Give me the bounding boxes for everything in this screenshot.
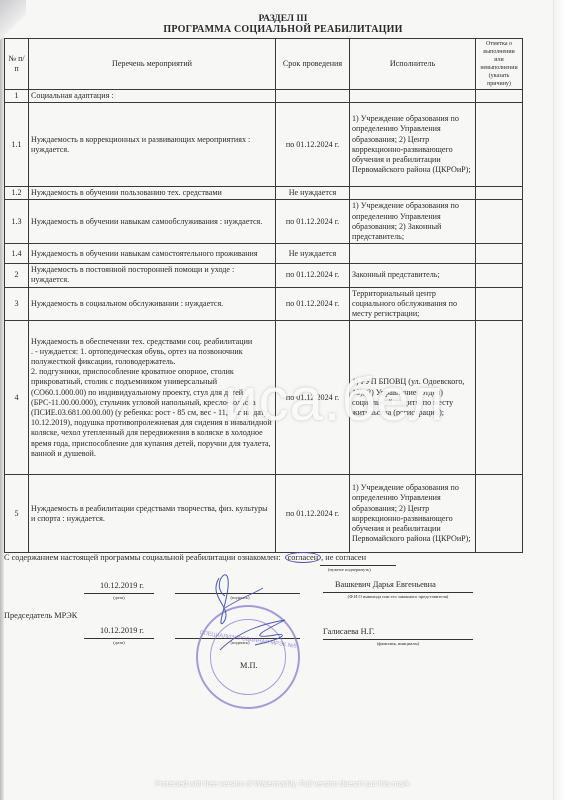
row-number: 1.1	[5, 103, 29, 187]
row-executor	[350, 90, 476, 103]
patient-date-line	[84, 593, 154, 594]
table-row: 2Нуждаемость в постоянной посторонней по…	[5, 264, 523, 287]
header-list: Перечень мероприятий	[29, 39, 276, 90]
table-row: 1.2Нуждаемость в обучении пользованию те…	[5, 187, 523, 200]
chair-signature-icon	[215, 615, 295, 655]
row-term: по 01.12.2024 г.	[276, 287, 350, 321]
row-mark	[476, 244, 523, 264]
row-term: по 01.12.2024 г.	[276, 200, 350, 244]
row-activity: Нуждаемость в обеспечении тех. средствам…	[29, 321, 276, 475]
consent-statement: С содержанием настоящей программы социал…	[4, 552, 366, 563]
row-mark	[476, 264, 523, 287]
row-number: 4	[5, 321, 29, 475]
table-header-row: № п/п Перечень мероприятий Срок проведен…	[5, 39, 523, 90]
row-activity: Нуждаемость в обучении навыкам самообслу…	[29, 200, 276, 244]
table-row: 1.4Нуждаемость в обучении навыкам самост…	[5, 244, 523, 264]
row-mark	[476, 200, 523, 244]
row-term: Не нуждается	[276, 244, 350, 264]
row-mark	[476, 90, 523, 103]
row-activity: Нуждаемость в коррекционных и развивающи…	[29, 103, 276, 187]
row-executor: 1) Учреждение образования по определению…	[350, 103, 476, 187]
chair-role: Председатель МРЭК	[4, 611, 77, 620]
consent-text: С содержанием настоящей программы социал…	[4, 553, 281, 562]
patient-date-caption: (дата)	[84, 595, 154, 600]
row-activity: Нуждаемость в обучении пользованию тех. …	[29, 187, 276, 200]
page-right-edge	[553, 0, 566, 800]
consent-hint: (нужное подчеркнуть)	[328, 567, 371, 572]
patient-name: Вашкевич Дарья Евгеньевна	[335, 580, 436, 589]
patient-name-caption: (Ф.И.О инвалида или его законного предст…	[323, 594, 473, 599]
row-term: Не нуждается	[276, 187, 350, 200]
header-term: Срок проведения	[276, 39, 350, 90]
chair-name-line	[323, 639, 473, 640]
row-executor	[350, 244, 476, 264]
row-activity: Нуждаемость в постоянной посторонней пом…	[29, 264, 276, 287]
row-number: 1	[5, 90, 29, 103]
row-executor: Территориальный центр социального обслуж…	[350, 287, 476, 321]
row-activity: Нуждаемость в социальном обслуживании : …	[29, 287, 276, 321]
row-number: 1.3	[5, 200, 29, 244]
row-term: по 01.12.2024 г.	[276, 103, 350, 187]
consent-underline	[320, 565, 396, 566]
row-mark	[476, 287, 523, 321]
watermarkly-notice: Protected with free version of Watermark…	[0, 779, 566, 788]
chair-date-caption: (дата)	[84, 640, 154, 645]
table-row: 5Нуждаемость в реабилитации средствами т…	[5, 475, 523, 553]
table-row: 1.3Нуждаемость в обучении навыкам самооб…	[5, 200, 523, 244]
rehabilitation-table: № п/п Перечень мероприятий Срок проведен…	[4, 38, 523, 553]
patient-name-line	[323, 592, 473, 593]
row-mark	[476, 187, 523, 200]
row-mark	[476, 321, 523, 475]
header-num: № п/п	[5, 39, 29, 90]
row-executor	[350, 187, 476, 200]
row-activity: Нуждаемость в обучении навыкам самостоят…	[29, 244, 276, 264]
row-mark	[476, 475, 523, 553]
table-row: 3Нуждаемость в социальном обслуживании :…	[5, 287, 523, 321]
row-mark	[476, 103, 523, 187]
chair-date-line	[84, 638, 154, 639]
row-executor: 1) Учреждение образования по определению…	[350, 200, 476, 244]
table-row: 1Социальная адаптация :	[5, 90, 523, 103]
header-executor: Исполнитель	[350, 39, 476, 90]
chair-name-caption: (фамилия, инициалы)	[323, 641, 473, 646]
row-executor: Законный представитель;	[350, 264, 476, 287]
consent-disagree-option: не согласен	[325, 553, 366, 562]
consent-agree-option: согласен	[285, 552, 322, 563]
row-term: по 01.12.2024 г.	[276, 475, 350, 553]
row-number: 3	[5, 287, 29, 321]
row-activity: Социальная адаптация :	[29, 90, 276, 103]
row-executor: 1) Учреждение образования по определению…	[350, 475, 476, 553]
table-row: 4Нуждаемость в обеспечении тех. средства…	[5, 321, 523, 475]
patient-date: 10.12.2019 г.	[100, 581, 144, 590]
row-term	[276, 90, 350, 103]
row-number: 1.2	[5, 187, 29, 200]
chair-name: Галисаева Н.Г.	[323, 627, 375, 636]
table-body: 1Социальная адаптация :1.1Нуждаемость в …	[5, 90, 523, 553]
program-title: ПРОГРАММА СОЦИАЛЬНОЙ РЕАБИЛИТАЦИИ	[0, 25, 566, 35]
row-number: 2	[5, 264, 29, 287]
section-title: РАЗДЕЛ III	[0, 14, 566, 24]
chair-date: 10.12.2019 г.	[100, 626, 144, 635]
row-number: 5	[5, 475, 29, 553]
row-number: 1.4	[5, 244, 29, 264]
table-row: 1.1Нуждаемость в коррекционных и развива…	[5, 103, 523, 187]
row-term: по 01.12.2024 г.	[276, 264, 350, 287]
row-activity: Нуждаемость в реабилитации средствами тв…	[29, 475, 276, 553]
row-executor: 1) РУП БПОВЦ (ул. Одоевского, 10); 2) Уп…	[350, 321, 476, 475]
seal-label: М.П.	[240, 661, 258, 670]
row-term: по 01.12.2024 г.	[276, 321, 350, 475]
header-mark: Отметка о выполнении или невыполнении (у…	[476, 39, 523, 90]
